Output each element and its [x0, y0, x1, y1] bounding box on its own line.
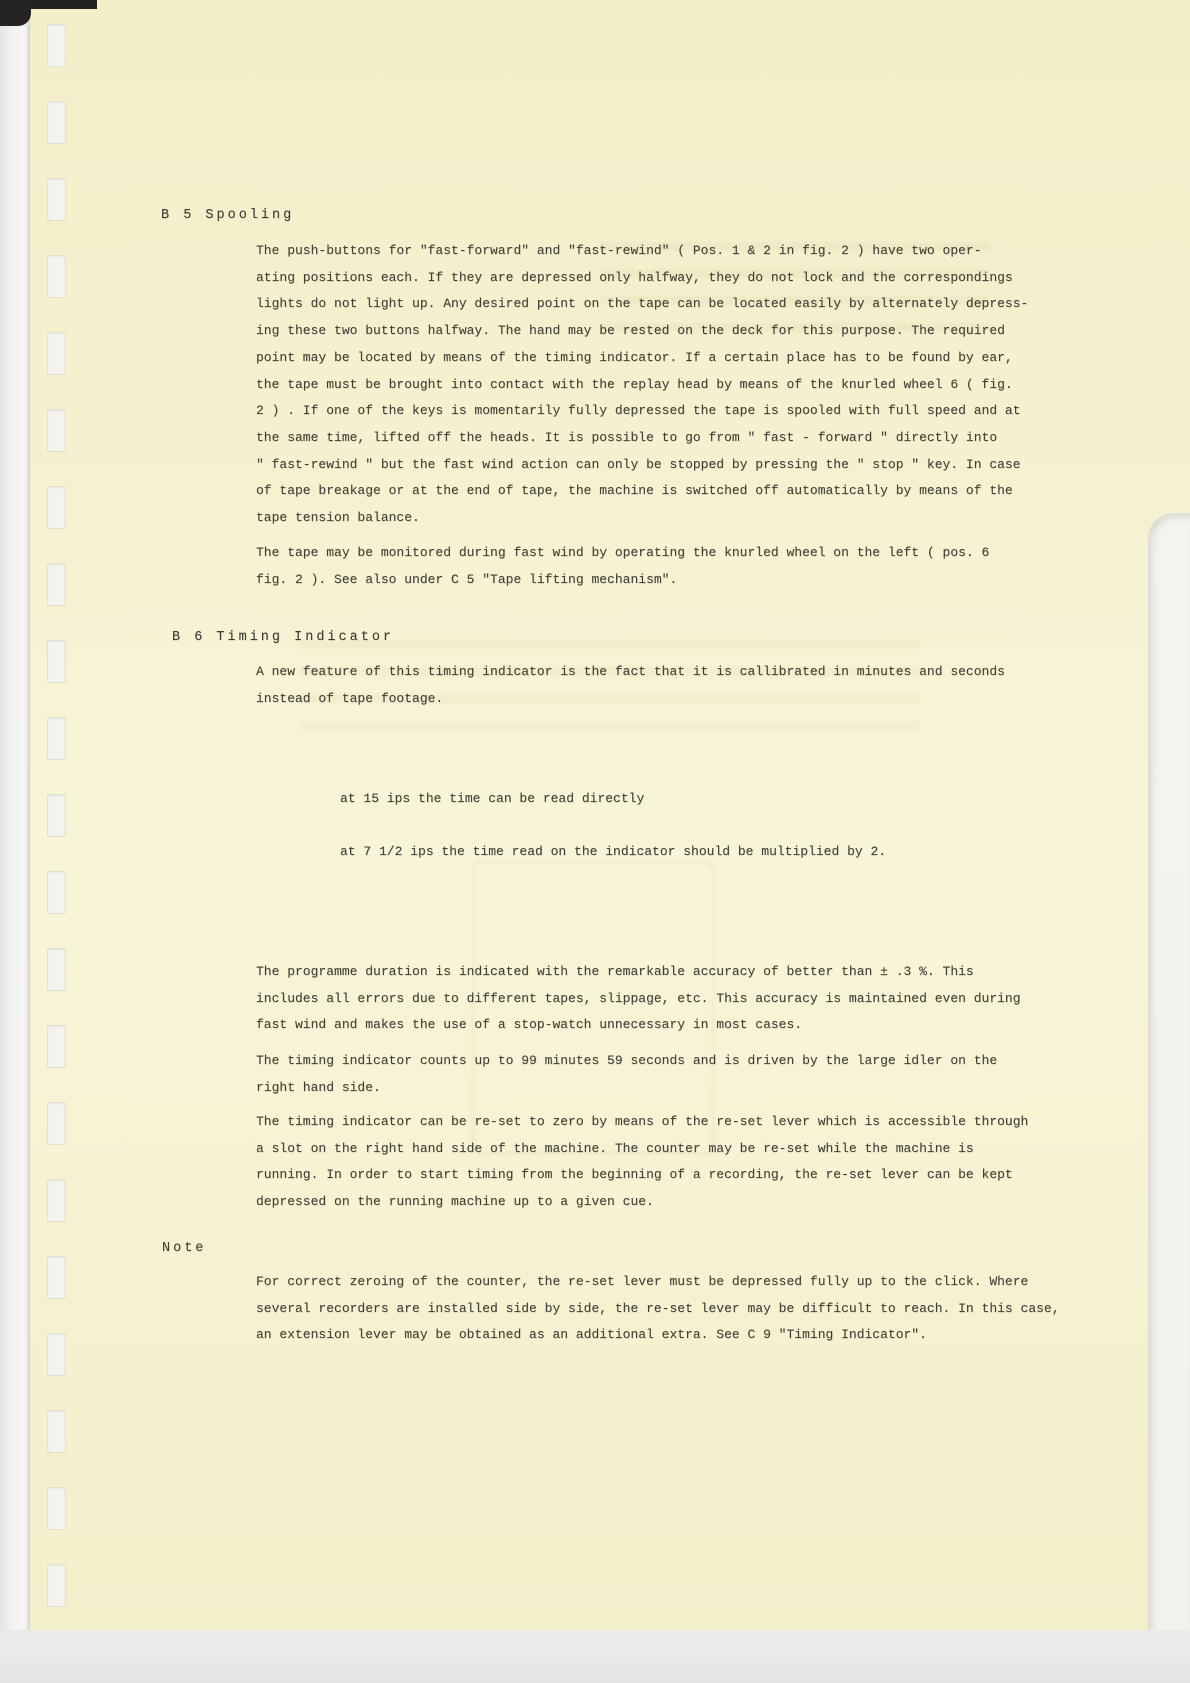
punch-hole [47, 178, 66, 221]
punch-hole [47, 1410, 66, 1453]
punch-hole [47, 486, 66, 529]
punch-hole [47, 332, 66, 375]
paragraph-b6-2: The programme duration is indicated with… [256, 959, 1021, 1039]
punch-hole [47, 1179, 66, 1222]
punch-hole [47, 1102, 66, 1145]
paragraph-b5-2: The tape may be monitored during fast wi… [256, 540, 989, 593]
punch-hole [47, 101, 66, 144]
paragraph-b5-1: The push-buttons for "fast-forward" and … [256, 238, 1028, 532]
scanner-corner-shadow [0, 0, 31, 26]
punch-hole [47, 24, 66, 67]
scanner-left-strip [0, 0, 34, 1683]
paragraph-b6-3: The timing indicator counts up to 99 min… [256, 1048, 997, 1101]
scanned-page: B 5 Spooling The push-buttons for "fast-… [0, 0, 1190, 1683]
note-heading: Note [162, 1241, 206, 1257]
punch-hole [47, 1487, 66, 1530]
punch-hole [47, 717, 66, 760]
indent-line-7ips: at 7 1/2 ips the time read on the indica… [340, 839, 886, 866]
punch-hole [47, 1256, 66, 1299]
indent-line-15ips: at 15 ips the time can be read directly [340, 786, 644, 813]
punch-hole [47, 563, 66, 606]
punch-hole [47, 1333, 66, 1376]
punch-hole [47, 948, 66, 991]
punch-hole [47, 1025, 66, 1068]
section-heading-b5: B 5 Spooling [161, 208, 294, 224]
paragraph-b6-4: The timing indicator can be re-set to ze… [256, 1109, 1028, 1216]
scanner-bottom-strip [0, 1630, 1190, 1683]
paragraph-b6-1: A new feature of this timing indicator i… [256, 659, 1005, 712]
underlying-page-edge [1148, 513, 1190, 1653]
punch-hole [47, 871, 66, 914]
punch-hole [47, 640, 66, 683]
punch-hole [47, 255, 66, 298]
punch-hole [47, 409, 66, 452]
section-heading-b6: B 6 Timing Indicator [172, 630, 394, 646]
punch-hole [47, 1564, 66, 1607]
paragraph-note: For correct zeroing of the counter, the … [256, 1269, 1060, 1349]
punch-hole [47, 794, 66, 837]
